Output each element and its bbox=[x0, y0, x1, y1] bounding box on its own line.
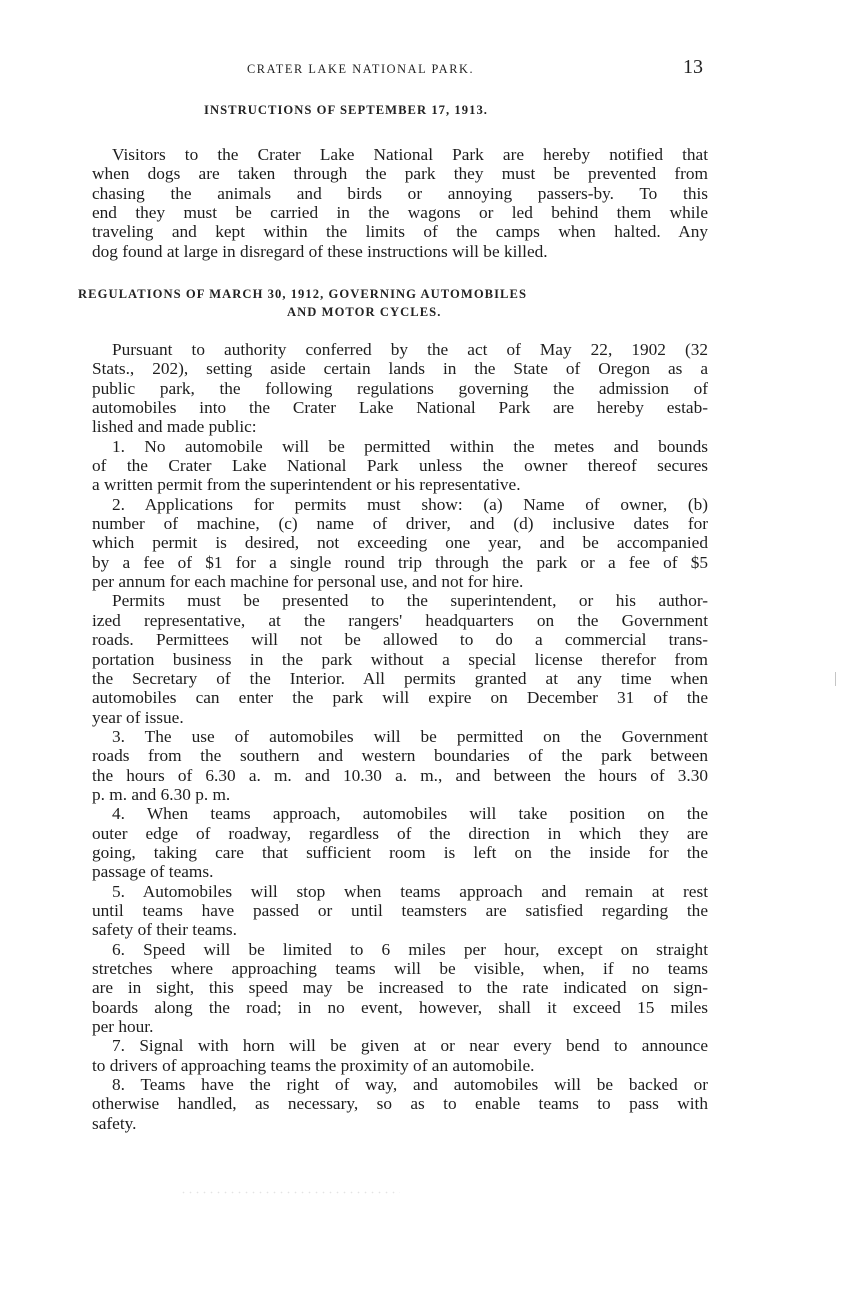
text-line: dog found at large in disregard of these… bbox=[92, 242, 708, 261]
regulation-6-line: boards along the road; in no event, howe… bbox=[92, 998, 708, 1017]
regulation-3-line: 3. The use of automobiles will be permit… bbox=[92, 727, 708, 746]
document-page: CRATER LAKE NATIONAL PARK. 13 INSTRUCTIO… bbox=[0, 0, 847, 1296]
text-line: public park, the following regulations g… bbox=[92, 379, 708, 398]
permits-line: ized representative, at the rangers' hea… bbox=[92, 611, 708, 630]
regulation-4-line: passage of teams. bbox=[92, 862, 708, 881]
running-head-text: CRATER LAKE NATIONAL PARK. bbox=[247, 62, 474, 76]
regulation-4-line: 4. When teams approach, automobiles will… bbox=[92, 804, 708, 823]
regulation-4-line: outer edge of roadway, regardless of the… bbox=[92, 824, 708, 843]
regulation-6-line: are in sight, this speed may be increase… bbox=[92, 978, 708, 997]
regulation-2-line: which permit is desired, not exceeding o… bbox=[92, 533, 708, 552]
regulation-2-line: per annum for each machine for personal … bbox=[92, 572, 708, 591]
paragraph-dog-instructions: Visitors to the Crater Lake National Par… bbox=[92, 145, 708, 261]
regulation-1-line: a written permit from the superintendent… bbox=[92, 475, 708, 494]
regulation-6-line: 6. Speed will be limited to 6 miles per … bbox=[92, 940, 708, 959]
regulation-1-line: of the Crater Lake National Park unless … bbox=[92, 456, 708, 475]
regulation-1-line: 1. No automobile will be permitted withi… bbox=[92, 437, 708, 456]
regulation-3-line: the hours of 6.30 a. m. and 10.30 a. m.,… bbox=[92, 766, 708, 785]
permits-line: roads. Permittees will not be allowed to… bbox=[92, 630, 708, 649]
regulation-2-line: number of machine, (c) name of driver, a… bbox=[92, 514, 708, 533]
regulation-5-line: safety of their teams. bbox=[92, 920, 708, 939]
permits-line: portation business in the park without a… bbox=[92, 650, 708, 669]
permits-line: Permits must be presented to the superin… bbox=[92, 591, 708, 610]
regulation-6-line: per hour. bbox=[92, 1017, 708, 1036]
regulation-8-line: otherwise handled, as necessary, so as t… bbox=[92, 1094, 708, 1113]
permits-line: the Secretary of the Interior. All permi… bbox=[92, 669, 708, 688]
text-line: Visitors to the Crater Lake National Par… bbox=[92, 145, 708, 164]
page-number: 13 bbox=[683, 56, 703, 79]
regulation-6-line: stretches where approaching teams will b… bbox=[92, 959, 708, 978]
text-line: automobiles into the Crater Lake Nationa… bbox=[92, 398, 708, 417]
text-line: lished and made public: bbox=[92, 417, 708, 436]
permits-line: year of issue. bbox=[92, 708, 708, 727]
section-heading-regulations-line2: AND MOTOR CYCLES. bbox=[287, 305, 441, 320]
text-line: chasing the animals and birds or annoyin… bbox=[92, 184, 708, 203]
regulation-3-line: p. m. and 6.30 p. m. bbox=[92, 785, 708, 804]
regulation-5-line: until teams have passed or until teamste… bbox=[92, 901, 708, 920]
regulation-5-line: 5. Automobiles will stop when teams appr… bbox=[92, 882, 708, 901]
regulation-2-line: by a fee of $1 for a single round trip t… bbox=[92, 553, 708, 572]
scan-smudge bbox=[180, 1190, 400, 1196]
regulation-7-line: 7. Signal with horn will be given at or … bbox=[92, 1036, 708, 1055]
regulation-7-line: to drivers of approaching teams the prox… bbox=[92, 1056, 708, 1075]
regulation-2-line: 2. Applications for permits must show: (… bbox=[92, 495, 708, 514]
text-line: Stats., 202), setting aside certain land… bbox=[92, 359, 708, 378]
section-heading-regulations-line1: REGULATIONS OF MARCH 30, 1912, GOVERNING… bbox=[78, 287, 527, 302]
text-line: when dogs are taken through the park the… bbox=[92, 164, 708, 183]
regulation-3-line: roads from the southern and western boun… bbox=[92, 746, 708, 765]
regulations-body: Pursuant to authority conferred by the a… bbox=[92, 340, 708, 1133]
permits-line: automobiles can enter the park will expi… bbox=[92, 688, 708, 707]
regulation-4-line: going, taking care that sufficient room … bbox=[92, 843, 708, 862]
regulation-8-line: 8. Teams have the right of way, and auto… bbox=[92, 1075, 708, 1094]
text-line: traveling and kept within the limits of … bbox=[92, 222, 708, 241]
running-head: CRATER LAKE NATIONAL PARK. bbox=[247, 62, 474, 77]
scan-margin-mark bbox=[835, 672, 836, 686]
text-line: end they must be carried in the wagons o… bbox=[92, 203, 708, 222]
regulation-8-line: safety. bbox=[92, 1114, 708, 1133]
section-heading-instructions: INSTRUCTIONS OF SEPTEMBER 17, 1913. bbox=[204, 103, 488, 118]
text-line: Pursuant to authority conferred by the a… bbox=[92, 340, 708, 359]
